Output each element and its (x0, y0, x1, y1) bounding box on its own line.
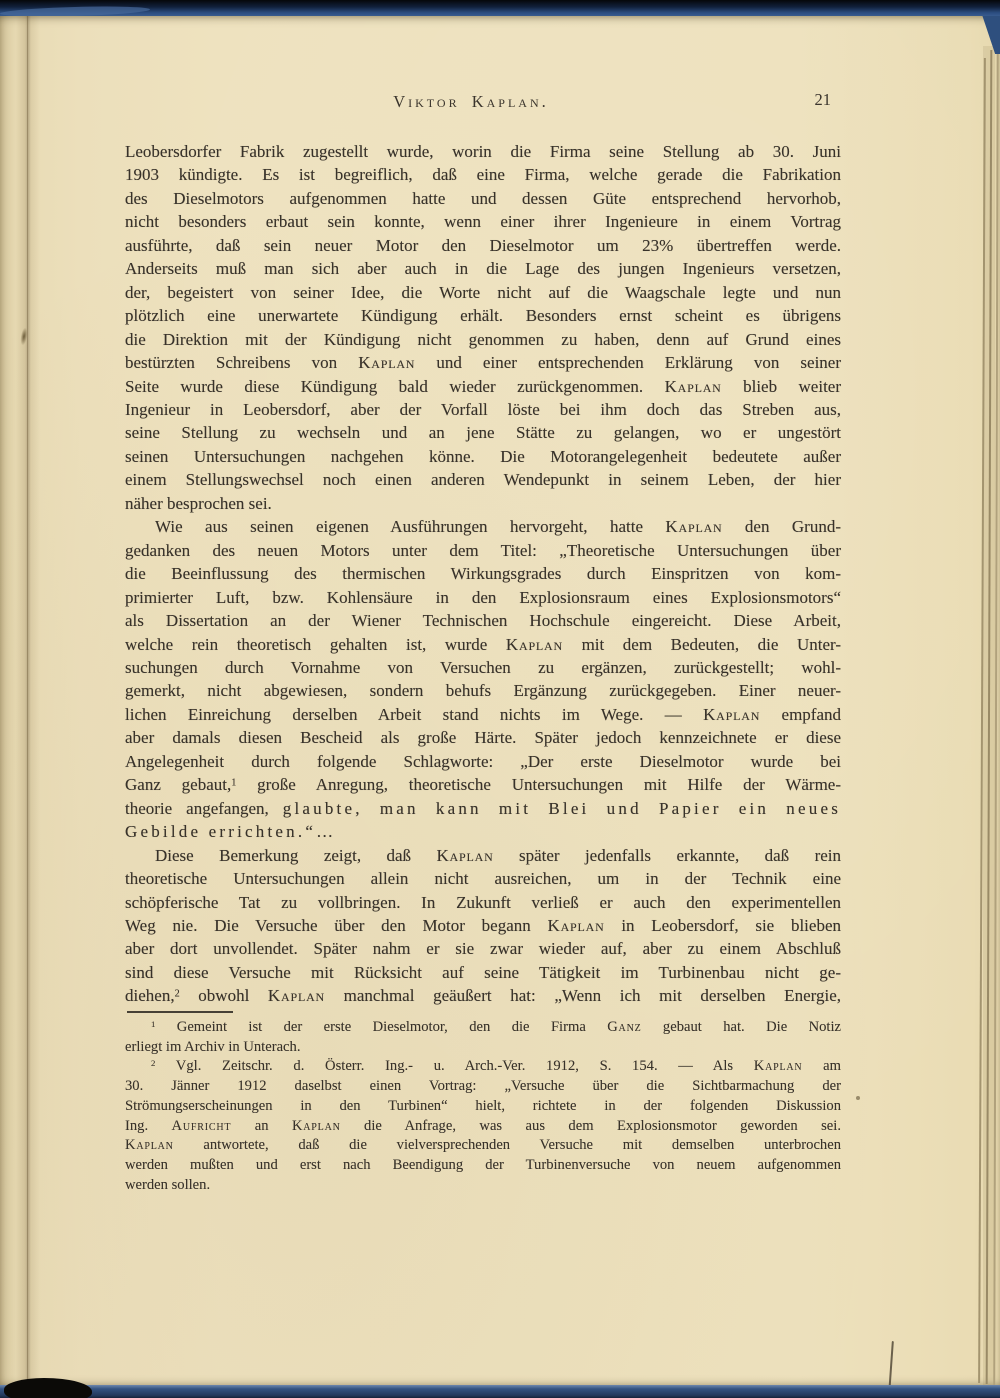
text-line: werden mußten und erst nach Beendigung d… (125, 1156, 841, 1176)
text-segment: Ing. (125, 1118, 172, 1134)
text-segment: diehen, (125, 986, 175, 1005)
text-segment: seine Stellung zu wechseln und an jene S… (125, 423, 841, 442)
text-line: näher besprochen sei. (125, 492, 841, 515)
text-segment: als Dissertation an der Wiener Technisch… (125, 611, 841, 630)
text-line: seinen Untersuchungen nachgehen könne. D… (125, 445, 841, 468)
text-segment: der, begeistert von seiner Idee, die Wor… (125, 283, 841, 302)
text-segment: blieb weiter (722, 377, 841, 396)
text-line: bestürzten Schreibens von Kaplan und ein… (125, 351, 841, 374)
text-segment: plötzlich eine unerwartete Kündigung erh… (125, 306, 841, 325)
text-line: Gebilde errichten.“… (125, 820, 841, 843)
text-segment: gebaut hat. Die Notiz (642, 1019, 842, 1035)
paragraph: Diese Bemerkung zeigt, daß Kaplan später… (125, 844, 841, 1008)
text-segment: obwohl (180, 986, 268, 1005)
text-line: die Beeinflussung des thermischen Wirkun… (125, 562, 841, 585)
running-header: Viktor Kaplan. 21 (125, 92, 841, 116)
text-line: Ganz gebaut,1 große Anregung, theoretisc… (125, 773, 841, 796)
paragraph: 2 Vgl. Zeitschr. d. Österr. Ing.- u. Arc… (125, 1057, 841, 1195)
text-segment: … (316, 822, 333, 841)
text-segment: theorie angefangen, (125, 799, 283, 818)
text-segment: Anderseits muß man sich aber auch in die… (125, 259, 841, 278)
paragraph: Leobersdorfer Fabrik zugestellt wurde, w… (125, 140, 841, 515)
scanned-book-page: Viktor Kaplan. 21 Leobersdorfer Fabrik z… (0, 0, 1000, 1398)
text-line: der, begeistert von seiner Idee, die Wor… (125, 281, 841, 304)
text-segment: und einer entsprechenden Erklärung von s… (415, 353, 841, 372)
footnotes: 1 Gemeint ist der erste Dieselmotor, den… (125, 1018, 841, 1195)
text-segment: Angelegenheit durch folgende Schlagworte… (125, 752, 841, 771)
text-segment: am (802, 1058, 841, 1074)
text-line: einem Stellungswechsel noch einen andere… (125, 468, 841, 491)
text-segment: 30. Jänner 1912 daselbst einen Vortrag: … (125, 1078, 841, 1094)
text-segment: ausführte, daß sein neuer Motor den Dies… (125, 236, 841, 255)
text-line: Diese Bemerkung zeigt, daß Kaplan später… (125, 844, 841, 867)
text-line: Kaplan antwortete, daß die vielversprech… (125, 1136, 841, 1156)
text-segment: Leobersdorfer Fabrik zugestellt wurde, w… (125, 142, 841, 161)
text-segment: Gebilde errichten.“ (125, 822, 316, 841)
text-line: Seite wurde diese Kündigung bald wieder … (125, 375, 841, 398)
text-line: erliegt im Archiv in Unterach. (125, 1038, 841, 1058)
smallcaps-name: Kaplan (292, 1118, 341, 1134)
book-cover-top-edge (0, 0, 1000, 17)
text-line: aber damals diesen Bescheid als große Hä… (125, 726, 841, 749)
text-segment: empfand (760, 705, 841, 724)
smallcaps-name: Kaplan (125, 1137, 174, 1153)
page-number: 21 (815, 90, 832, 110)
text-line: nicht besonders erbaut sein konnte, wenn… (125, 210, 841, 233)
paragraph: 1 Gemeint ist der erste Dieselmotor, den… (125, 1018, 841, 1057)
text-line: suchungen durch Vornahme von Versuchen z… (125, 656, 841, 679)
text-line: 1903 kündigte. Es ist begreiflich, daß e… (125, 163, 841, 186)
text-line: 1 Gemeint ist der erste Dieselmotor, den… (125, 1018, 841, 1038)
book-cover-bottom-edge (0, 1385, 1000, 1398)
text-line: Strömungserscheinungen in den Turbinen“ … (125, 1097, 841, 1117)
text-line: als Dissertation an der Wiener Technisch… (125, 609, 841, 632)
text-line: Wie aus seinen eigenen Ausführungen herv… (125, 515, 841, 538)
text-segment: sind diese Versuche mit Rücksicht auf se… (125, 963, 841, 982)
text-segment: später jedenfalls erkannte, daß rein (494, 846, 841, 865)
text-segment: schöpferische Tat zu vollbringen. In Zuk… (125, 893, 841, 912)
paper-speck (856, 1096, 860, 1100)
text-line: primierter Luft, bzw. Kohlensäure in den… (125, 586, 841, 609)
text-line: welche rein theoretisch gehalten ist, wu… (125, 633, 841, 656)
text-segment: Diese Bemerkung zeigt, daß (155, 846, 436, 865)
smallcaps-name: Kaplan (665, 517, 722, 536)
text-line: sind diese Versuche mit Rücksicht auf se… (125, 961, 841, 984)
text-line: Angelegenheit durch folgende Schlagworte… (125, 750, 841, 773)
text-segment: primierter Luft, bzw. Kohlensäure in den… (125, 588, 841, 607)
text-segment: Wie aus seinen eigenen Ausführungen herv… (155, 517, 665, 536)
smallcaps-name: Kaplan (703, 705, 760, 724)
text-line: Anderseits muß man sich aber auch in die… (125, 257, 841, 280)
text-segment: Seite wurde diese Kündigung bald wieder … (125, 377, 665, 396)
text-line: Leobersdorfer Fabrik zugestellt wurde, w… (125, 140, 841, 163)
text-segment: einem Stellungswechsel noch einen andere… (125, 470, 841, 489)
text-line: gemerkt, nicht abgewiesen, sondern behuf… (125, 679, 841, 702)
text-segment: Gemeint ist der erste Dieselmotor, den d… (155, 1019, 607, 1035)
text-segment: werden mußten und erst nach Beendigung d… (125, 1157, 841, 1173)
text-line: diehen,2 obwohl Kaplan manchmal geäußert… (125, 984, 841, 1007)
text-segment: aber dort unvollendet. Später nahm er si… (125, 939, 841, 958)
text-segment: seinen Untersuchungen nachgehen könne. D… (125, 447, 841, 466)
text-line: lichen Einreichung derselben Arbeit stan… (125, 703, 841, 726)
text-segment: welche rein theoretisch gehalten ist, wu… (125, 635, 506, 654)
text-segment: Weg nie. Die Versuche über den Motor beg… (125, 916, 548, 935)
page-header-title: Viktor Kaplan. (125, 92, 841, 112)
smallcaps-name: Ganz (607, 1019, 641, 1035)
text-segment: antwortete, daß die vielversprechenden V… (174, 1137, 841, 1153)
text-segment: näher besprochen sei. (125, 494, 272, 513)
smallcaps-name: Kaplan (506, 635, 563, 654)
text-line: Ingenieur in Leobersdorf, aber der Vorfa… (125, 398, 841, 421)
text-segment: theoretische Untersuchungen allein nicht… (125, 869, 841, 888)
smallcaps-name: Aufricht (172, 1118, 232, 1134)
text-line: theoretische Untersuchungen allein nicht… (125, 867, 841, 890)
smallcaps-name: Kaplan (358, 353, 415, 372)
page-gutter-crease (16, 16, 40, 1386)
text-segment: aber damals diesen Bescheid als große Hä… (125, 728, 841, 747)
text-segment: Ingenieur in Leobersdorf, aber der Vorfa… (125, 400, 841, 419)
text-line: werden sollen. (125, 1176, 841, 1196)
paragraph: Wie aus seinen eigenen Ausführungen herv… (125, 515, 841, 843)
text-line: die Direktion mit der Kündigung nicht ge… (125, 328, 841, 351)
text-line: Ing. Aufricht an Kaplan die Anfrage, was… (125, 1117, 841, 1137)
text-segment: an (231, 1118, 292, 1134)
text-line: plötzlich eine unerwartete Kündigung erh… (125, 304, 841, 327)
text-line: gedanken des neuen Motors unter dem Tite… (125, 539, 841, 562)
text-segment: 1903 kündigte. Es ist begreiflich, daß e… (125, 165, 841, 184)
text-segment: Vgl. Zeitschr. d. Österr. Ing.- u. Arch.… (155, 1058, 753, 1074)
text-segment: mit dem Bedeuten, die Unter- (563, 635, 841, 654)
text-segment: des Dieselmotors aufgenommen hatte und d… (125, 189, 841, 208)
text-segment: den Grund- (723, 517, 841, 536)
text-segment: suchungen durch Vornahme von Versuchen z… (125, 658, 841, 677)
body-text: Leobersdorfer Fabrik zugestellt wurde, w… (125, 140, 841, 1008)
smallcaps-name: Kaplan (268, 986, 325, 1005)
footnote-separator (127, 1011, 233, 1013)
text-line: theorie angefangen, glaubte, man kann mi… (125, 797, 841, 820)
text-line: aber dort unvollendet. Später nahm er si… (125, 937, 841, 960)
text-segment: glaubte, man kann mit Blei und Papier ei… (283, 799, 841, 818)
smallcaps-name: Kaplan (548, 916, 605, 935)
text-segment: große Anregung, theoretische Untersuchun… (236, 775, 841, 794)
text-segment: bestürzten Schreibens von (125, 353, 358, 372)
text-segment: die Anfrage, was aus dem Explosionsmotor… (341, 1118, 841, 1134)
text-segment: Strömungserscheinungen in den Turbinen“ … (125, 1098, 841, 1114)
text-line: ausführte, daß sein neuer Motor den Dies… (125, 234, 841, 257)
text-segment: lichen Einreichung derselben Arbeit stan… (125, 705, 703, 724)
text-segment: gedanken des neuen Motors unter dem Tite… (125, 541, 841, 560)
text-line: Weg nie. Die Versuche über den Motor beg… (125, 914, 841, 937)
text-segment: in Leobersdorf, sie blieben (605, 916, 841, 935)
text-segment: werden sollen. (125, 1177, 210, 1193)
gutter-line (27, 16, 28, 1386)
text-segment: die Direktion mit der Kündigung nicht ge… (125, 330, 841, 349)
text-segment: nicht besonders erbaut sein konnte, wenn… (125, 212, 841, 231)
smallcaps-name: Kaplan (436, 846, 493, 865)
text-segment: gemerkt, nicht abgewiesen, sondern behuf… (125, 681, 841, 700)
text-line: schöpferische Tat zu vollbringen. In Zuk… (125, 891, 841, 914)
text-line: des Dieselmotors aufgenommen hatte und d… (125, 187, 841, 210)
text-line: seine Stellung zu wechseln und an jene S… (125, 421, 841, 444)
text-segment: Ganz gebaut, (125, 775, 231, 794)
text-segment: die Beeinflussung des thermischen Wirkun… (125, 564, 841, 583)
text-segment: manchmal geäußert hat: „Wenn ich mit der… (325, 986, 841, 1005)
smallcaps-name: Kaplan (754, 1058, 803, 1074)
text-segment: erliegt im Archiv in Unterach. (125, 1039, 300, 1055)
smallcaps-name: Kaplan (665, 377, 722, 396)
text-line: 2 Vgl. Zeitschr. d. Österr. Ing.- u. Arc… (125, 1057, 841, 1077)
text-line: 30. Jänner 1912 daselbst einen Vortrag: … (125, 1077, 841, 1097)
